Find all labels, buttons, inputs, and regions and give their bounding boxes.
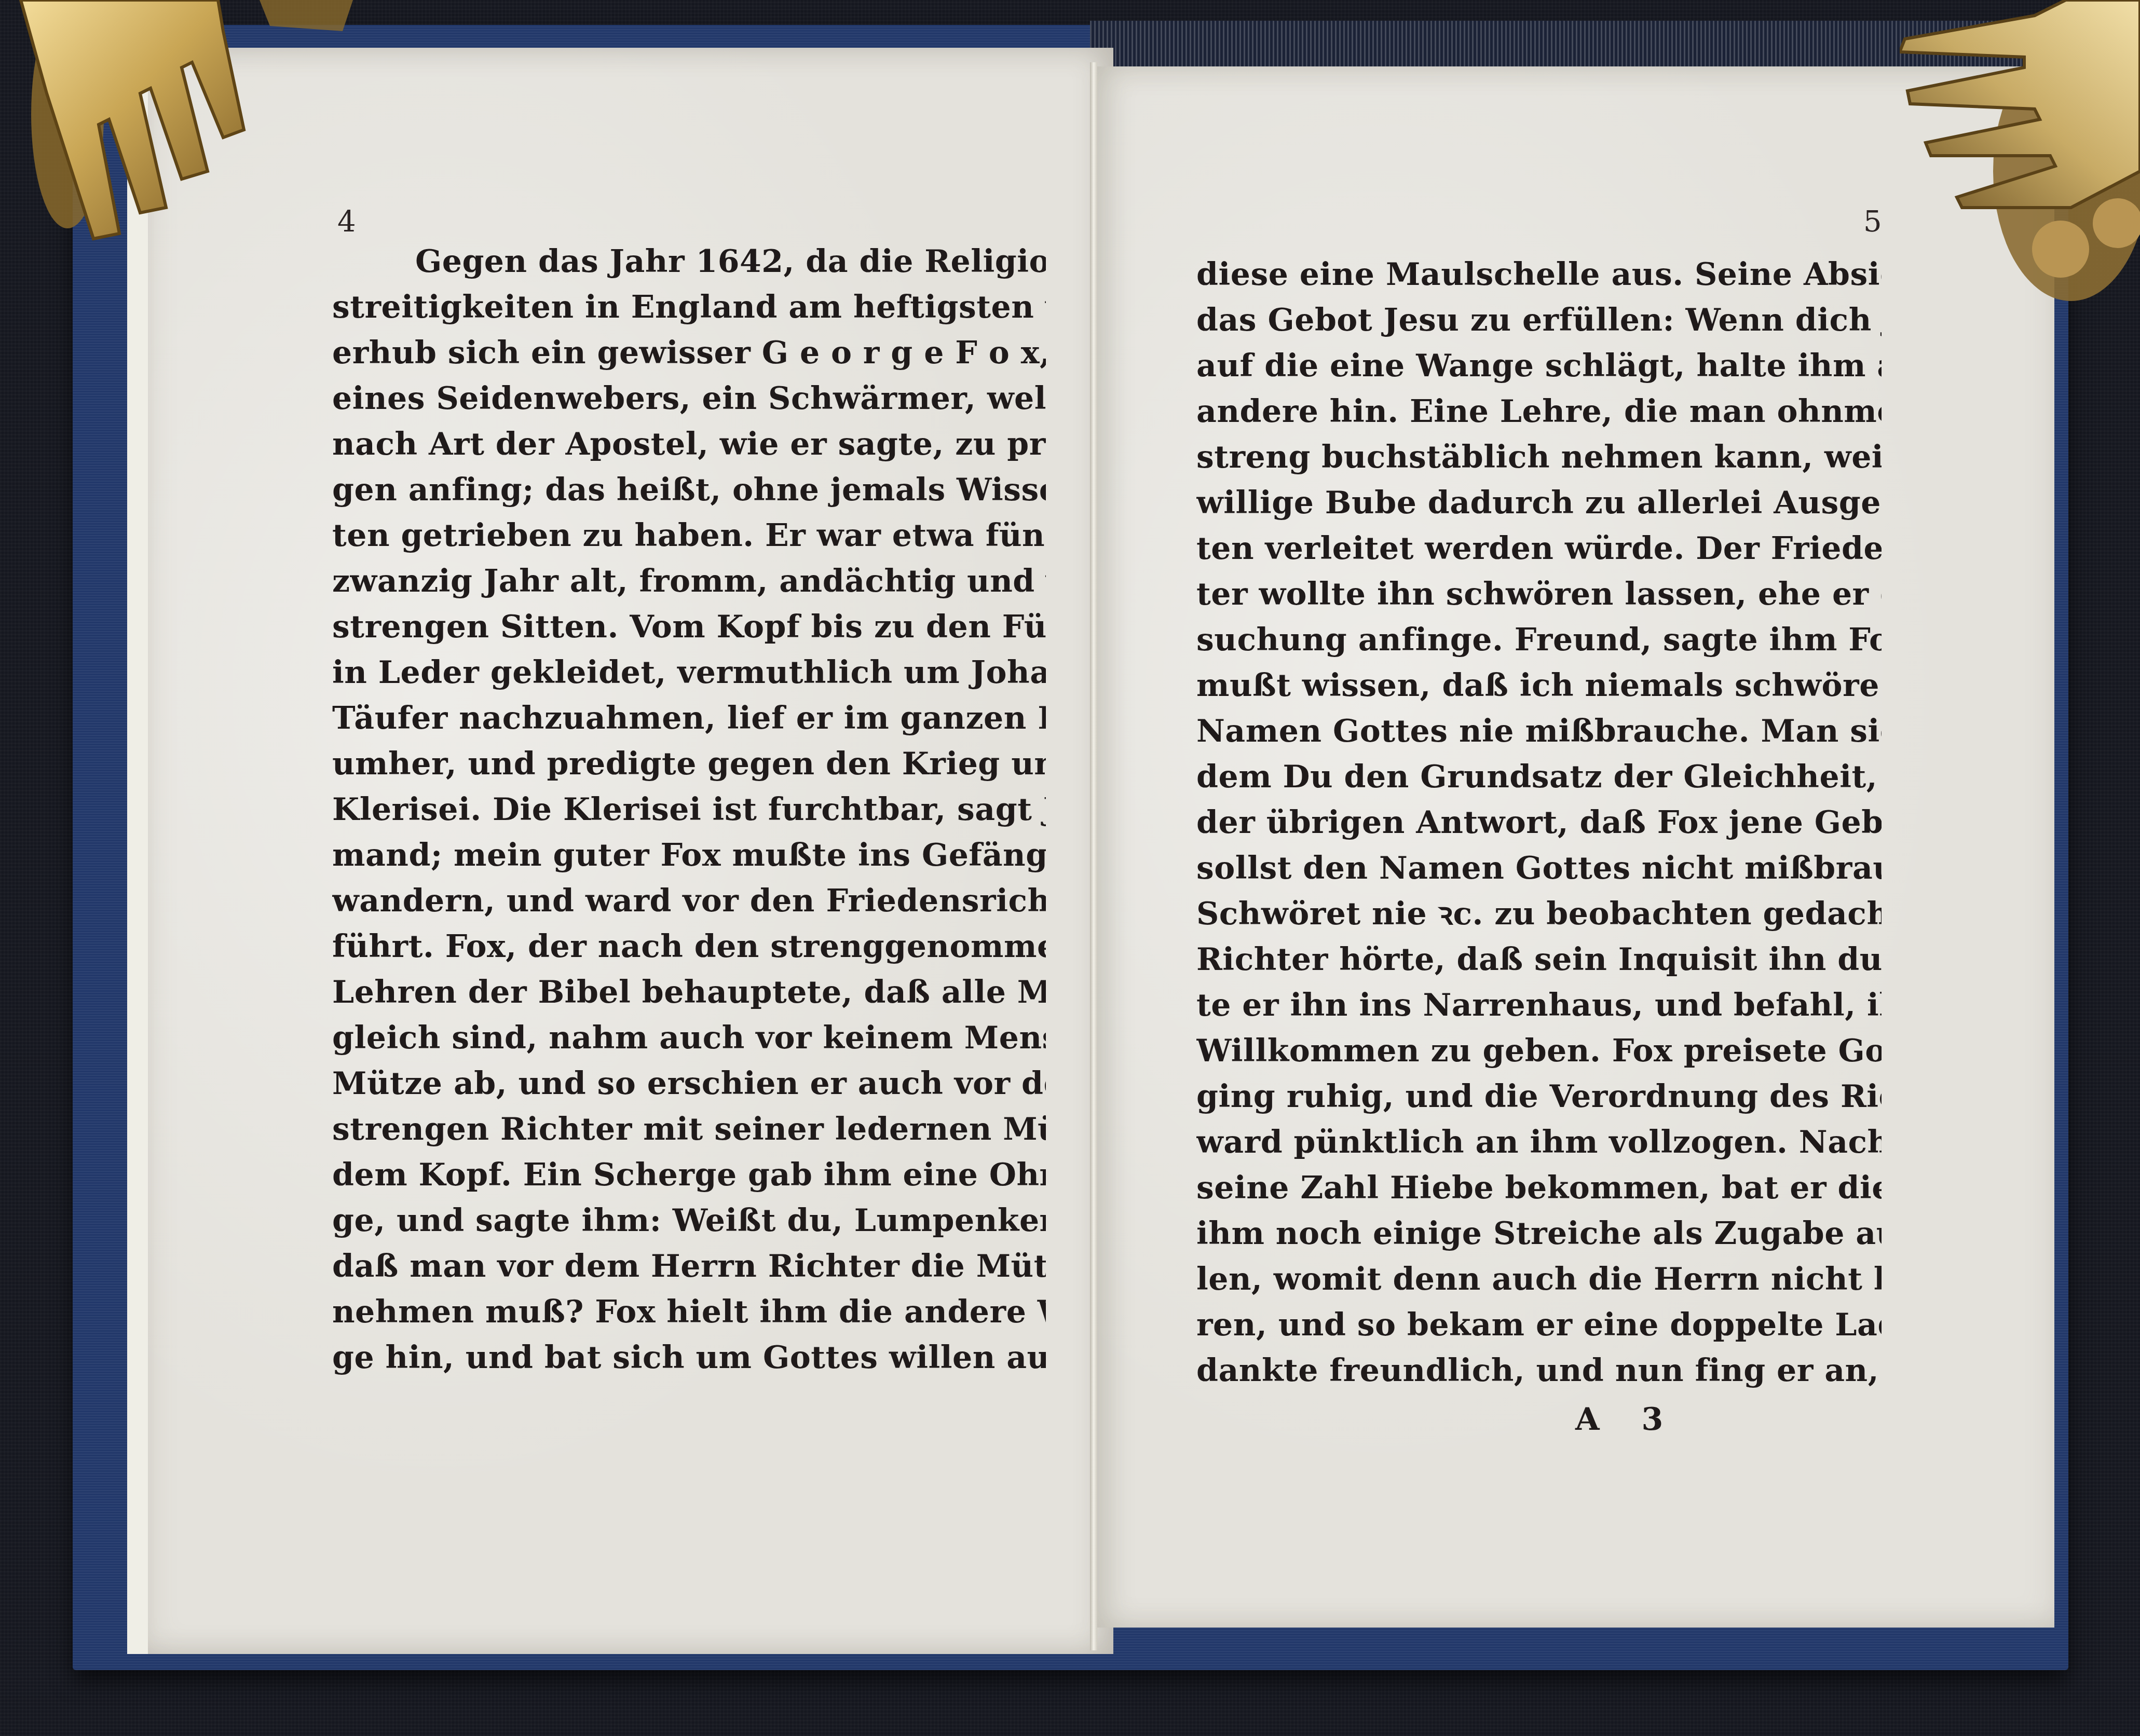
text-line: das Gebot Jesu zu erfüllen: Wenn dich Je…: [1196, 297, 1882, 343]
text-line: mußt wissen, daß ich niemals schwöre und…: [1196, 663, 1882, 708]
text-line: suchung anfinge. Freund, sagte ihm Fox, …: [1196, 617, 1882, 663]
text-line: seine Zahl Hiebe bekommen, bat er die Hä…: [1196, 1165, 1882, 1211]
text-line: Schwöret nie ꝛc. zu beobachten gedachte.…: [1196, 891, 1882, 937]
text-line: len, womit denn auch die Herrn nicht kar…: [1196, 1256, 1882, 1302]
text-line: mand; mein guter Fox mußte ins Gefängniß: [332, 832, 1046, 878]
text-line: umher, und predigte gegen den Krieg und …: [332, 741, 1046, 787]
brass-hand-weight-right-icon[interactable]: [1900, 0, 2140, 322]
text-line: dem Du den Grundsatz der Gleichheit, und…: [1196, 754, 1882, 800]
text-line: ge hin, und bat sich um Gottes willen au…: [332, 1335, 1046, 1380]
text-line: andere hin. Eine Lehre, die man ohnmögli…: [1196, 389, 1882, 434]
text-line: ter wollte ihn schwören lassen, ehe er d…: [1196, 571, 1882, 617]
text-line: ge, und sagte ihm: Weißt du, Lumpenkerl,…: [332, 1198, 1046, 1243]
text-line: ren, und so bekam er eine doppelte Ladun…: [1196, 1302, 1882, 1348]
text-line: der übrigen Antwort, daß Fox jene Gebote…: [1196, 800, 1882, 845]
text-line: nach Art der Apostel, wie er sagte, zu p…: [332, 421, 1046, 467]
text-line: Willkommen zu geben. Fox preisete Gott, …: [1196, 1028, 1882, 1074]
right-page-text: diese eine Maulschelle aus. Seine Absich…: [1196, 252, 1882, 1393]
text-line: ten getrieben zu haben. Er war etwa fünf…: [332, 513, 1046, 558]
text-line: in Leder gekleidet, vermuthlich um Johan…: [332, 650, 1046, 695]
brass-hand-weight-left-icon[interactable]: [0, 0, 363, 249]
text-line: te er ihn ins Narrenhaus, und befahl, ih…: [1196, 982, 1882, 1028]
text-line: wandern, und ward vor den Friedensrichte…: [332, 878, 1046, 924]
text-line: Lehren der Bibel behauptete, daß alle Me…: [332, 969, 1046, 1015]
text-line: erhub sich ein gewisser G e o r g e F o …: [332, 330, 1046, 376]
text-line: Klerisei. Die Klerisei ist furchtbar, sa…: [332, 787, 1046, 832]
left-page-text: Gegen das Jahr 1642, da die Religions- s…: [332, 239, 1046, 1380]
text-line: ward pünktlich an ihm vollzogen. Nachdem…: [1196, 1119, 1882, 1165]
text-line: führt. Fox, der nach den strenggenommene…: [332, 924, 1046, 969]
text-line: dem Kopf. Ein Scherge gab ihm eine Ohrfe…: [332, 1152, 1046, 1198]
text-line: strengen Richter mit seiner ledernen Müt…: [332, 1106, 1046, 1152]
book-gutter: [1090, 62, 1097, 1650]
text-line: Täufer nachzuahmen, lief er im ganzen La…: [332, 695, 1046, 741]
text-line: zwanzig Jahr alt, fromm, andächtig und v…: [332, 558, 1046, 604]
text-line: Mütze ab, und so erschien er auch vor de…: [332, 1061, 1046, 1106]
text-line: gleich sind, nahm auch vor keinem Mensch…: [332, 1015, 1046, 1061]
text-line: streng buchstäblich nehmen kann, weil je…: [1196, 434, 1882, 480]
text-line: streitigkeiten in England am heftigsten …: [332, 284, 1046, 330]
text-line: eines Seidenwebers, ein Schwärmer, welch…: [332, 376, 1046, 421]
text-line: Namen Gottes nie mißbrauche. Man sieht a…: [1196, 708, 1882, 754]
text-line: nehmen muß? Fox hielt ihm die andere Wan…: [332, 1289, 1046, 1335]
right-page-number: 5: [1863, 205, 1882, 239]
text-line: gen anfing; das heißt, ohne jemals Wisse…: [332, 467, 1046, 513]
text-line: willige Bube dadurch zu allerlei Ausgela…: [1196, 480, 1882, 526]
text-line: diese eine Maulschelle aus. Seine Absich…: [1196, 252, 1882, 297]
text-line: ging ruhig, und die Verordnung des Richt…: [1196, 1074, 1882, 1119]
text-line: daß man vor dem Herrn Richter die Mütze …: [332, 1243, 1046, 1289]
text-line: auf die eine Wange schlägt, halte ihm au…: [1196, 343, 1882, 389]
text-line: sollst den Namen Gottes nicht mißbrauche…: [1196, 845, 1882, 891]
text-line: Gegen das Jahr 1642, da die Religions-: [332, 239, 1046, 284]
signature-mark: A 3: [1575, 1401, 1679, 1438]
text-line: ihm noch einige Streiche als Zugabe aufz…: [1196, 1211, 1882, 1256]
text-line: Richter hörte, daß sein Inquisit ihn dut…: [1196, 937, 1882, 982]
text-line: strengen Sitten. Vom Kopf bis zu den Füß…: [332, 604, 1046, 650]
text-line: ten verleitet werden würde. Der Friedens…: [1196, 526, 1882, 571]
text-line: dankte freundlich, und nun fing er an, d…: [1196, 1348, 1882, 1393]
